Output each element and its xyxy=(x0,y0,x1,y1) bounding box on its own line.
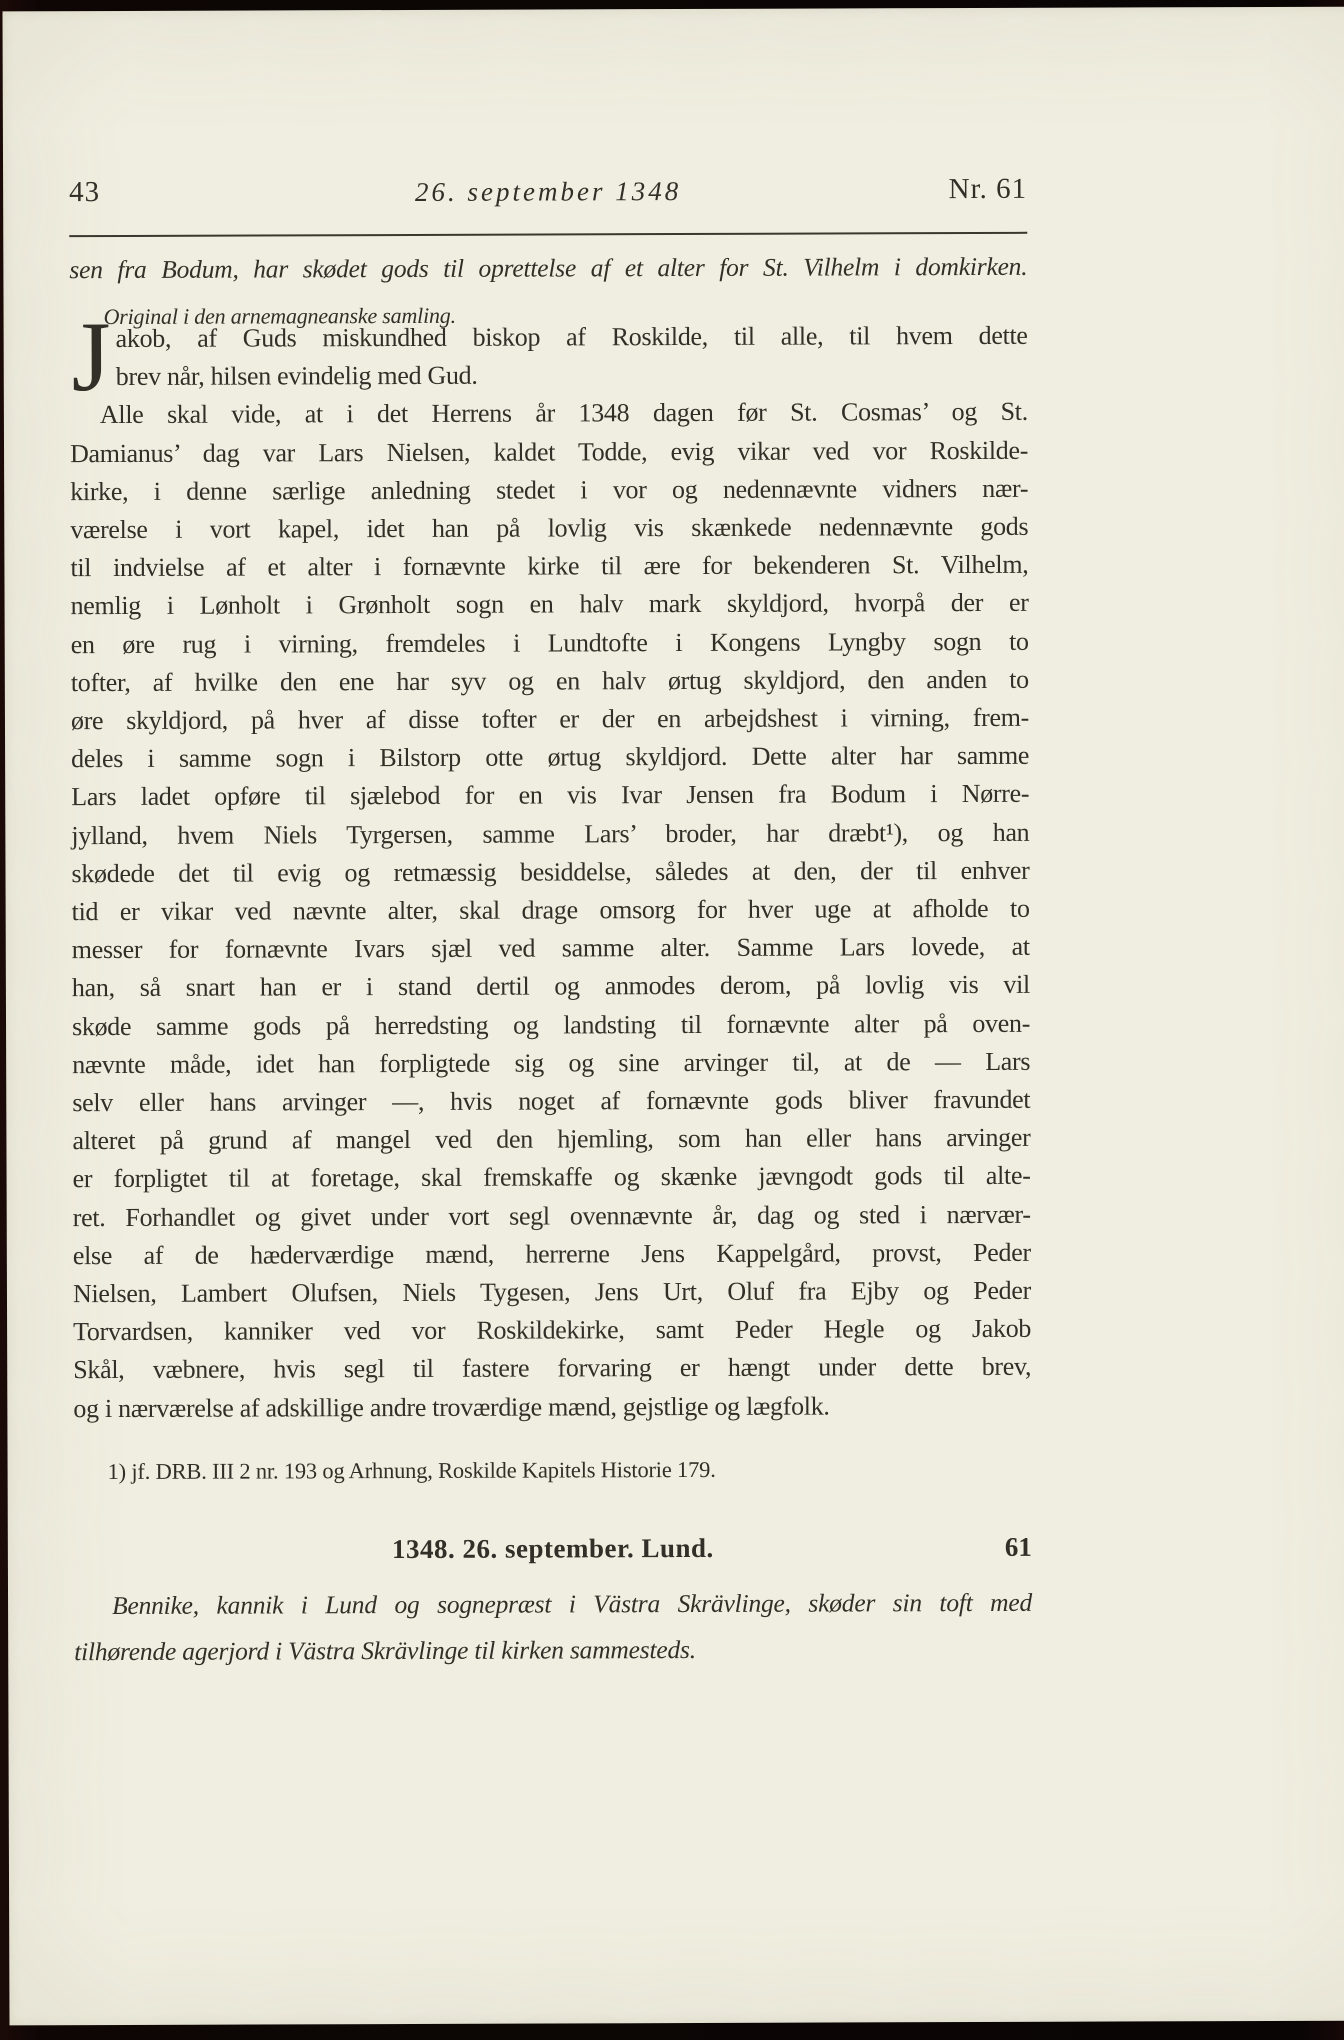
body-line: Skål, væbnere, hvis segl til fastere for… xyxy=(73,1348,1031,1390)
letter-salutation: J akob, af Guds miskundhed biskop af Ros… xyxy=(70,317,1028,397)
body-line: deles i samme sogn i Bilstorp otte ørtug… xyxy=(71,737,1029,779)
body-line: han, så snart han er i stand dertil og a… xyxy=(72,966,1030,1008)
body-line: værelse i vort kapel, idet han på lovlig… xyxy=(70,508,1028,550)
body-line: skødede det til evig og retmæssig besidd… xyxy=(71,852,1029,894)
body-line: jylland, hvem Niels Tyrgersen, samme Lar… xyxy=(71,813,1029,855)
body-line: messer for fornævnte Ivars sjæl ved samm… xyxy=(72,928,1030,970)
next-entry-regest: Bennike, kannik i Lund og sognepræst i V… xyxy=(74,1580,1032,1675)
body-line: tid er vikar ved nævnte alter, skal drag… xyxy=(72,890,1030,932)
body-line: selv eller hans arvinger —, hvis noget a… xyxy=(72,1081,1030,1123)
letter-body: Alle skal vide, at i det Herrens år 1348… xyxy=(70,393,1032,1428)
body-line: og i nærværelse af adskillige andre trov… xyxy=(73,1386,1031,1428)
salutation-line: brev når, hilsen evindelig med Gud. xyxy=(70,355,1028,397)
next-entry-heading: 1348. 26. september. Lund. 61 xyxy=(74,1532,1032,1569)
body-line: nævnte måde, idet han forpligtede sig og… xyxy=(72,1043,1030,1085)
body-line: nemlig i Lønholt i Grønholt sogn en halv… xyxy=(71,584,1029,626)
body-line: ret. Forhandlet og givet under vort segl… xyxy=(73,1195,1031,1237)
body-line: alteret på grund af mangel ved den hjeml… xyxy=(72,1119,1030,1161)
body-line: else af de hæderværdige mænd, herrerne J… xyxy=(73,1234,1031,1276)
body-line: Alle skal vide, at i det Herrens år 1348… xyxy=(70,393,1028,435)
regest-continuation: sen fra Bodum, har skødet gods til opret… xyxy=(69,252,1027,285)
body-line: øre skyldjord, på hver af disse tofter e… xyxy=(71,699,1029,741)
body-line: Damianus’ dag var Lars Nielsen, kaldet T… xyxy=(70,431,1028,473)
page-header: 43 26. september 1348 Nr. 61 xyxy=(69,160,1027,209)
body-line: Torvardsen, kanniker ved vor Roskildekir… xyxy=(73,1310,1031,1352)
salutation-lines: akob, af Guds miskundhed biskop af Roski… xyxy=(70,317,1028,397)
next-entry-title: 1348. 26. september. Lund. xyxy=(74,1532,1032,1566)
book-page: 43 26. september 1348 Nr. 61 sen fra Bod… xyxy=(2,7,1344,2026)
body-line: Nielsen, Lambert Olufsen, Niels Tygesen,… xyxy=(73,1272,1031,1314)
body-line: tofter, af hvilke den ene har syv og en … xyxy=(71,661,1029,703)
issue-number: Nr. 61 xyxy=(949,173,1028,206)
body-line: kirke, i denne særlige anledning stedet … xyxy=(70,470,1028,512)
body-line: Lars ladet opføre til sjælebod for en vi… xyxy=(71,775,1029,817)
body-line: er forpligtet til at foretage, skal frem… xyxy=(73,1157,1031,1199)
salutation-line: akob, af Guds miskundhed biskop af Roski… xyxy=(70,317,1028,359)
date-heading: 26. september 1348 xyxy=(69,175,1027,209)
header-rule xyxy=(69,232,1027,237)
body-line: en øre rug i virning, fremdeles i Lundto… xyxy=(71,622,1029,664)
regest-line: Bennike, kannik i Lund og sognepræst i V… xyxy=(74,1580,1032,1629)
body-line: til indvielse af et alter i fornævnte ki… xyxy=(70,546,1028,588)
body-line: skøde samme gods på herredsting og lands… xyxy=(72,1004,1030,1046)
footnote: 1) jf. DRB. III 2 nr. 193 og Arhnung, Ro… xyxy=(74,1456,1066,1485)
regest-line: tilhørende agerjord i Västra Skrävlinge … xyxy=(74,1626,1032,1675)
next-entry-number: 61 xyxy=(1005,1532,1032,1563)
drop-cap-letter: J xyxy=(72,307,111,407)
drop-cap: J xyxy=(70,320,116,396)
